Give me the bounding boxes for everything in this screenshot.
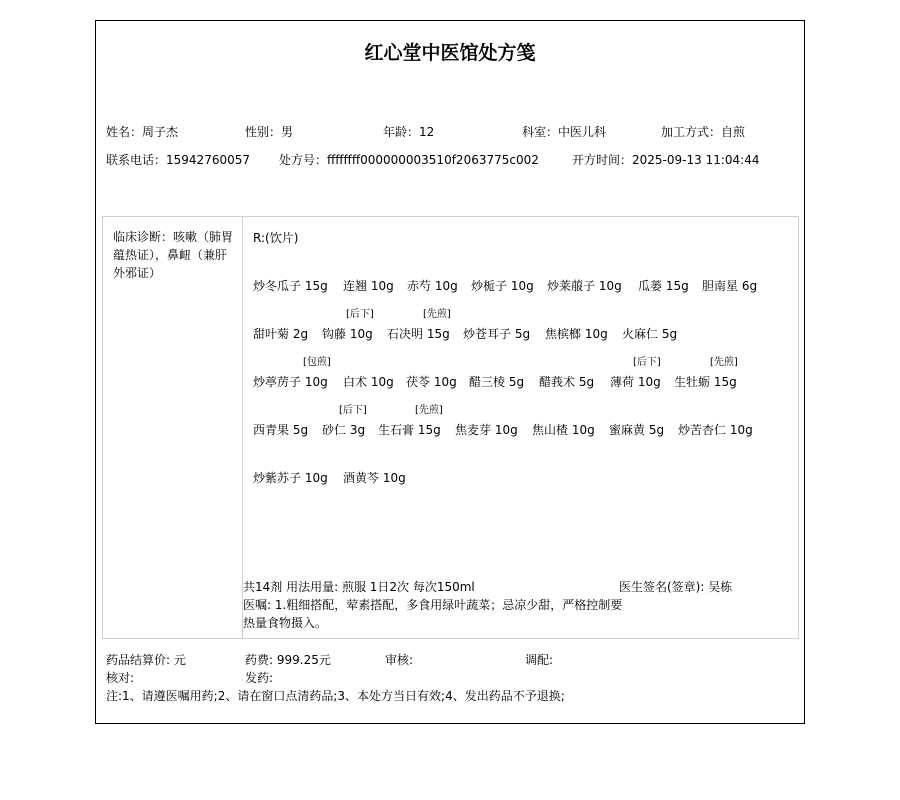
herb-item: 醋三棱 5g [469, 373, 524, 390]
herb-item: 钩藤 10g [322, 325, 373, 342]
medical-advice: 医嘱: 1.粗细搭配，荤素搭配，多食用绿叶蔬菜；忌凉少甜，严格控制要热量食物摄入… [243, 596, 623, 632]
herb-item: 焦槟榔 10g [545, 325, 608, 342]
herb-item: 醋莪术 5g [539, 373, 594, 390]
herb-dose: 10g [371, 279, 394, 293]
herb-name: 炒冬瓜子 [253, 279, 301, 293]
herb-item: 连翘 10g [343, 277, 394, 294]
rx-time: 开方时间：2025-09-13 11:04:44 [572, 151, 759, 168]
herb-name: 连翘 [343, 279, 367, 293]
rx-number-value: ffffffff000000003510f2063775c002 [327, 153, 539, 167]
herb-dose: 10g [511, 279, 534, 293]
herb-item: 生牡蛎 15g [674, 373, 737, 390]
herb-name: 甜叶菊 [253, 327, 289, 341]
herb-dose: 10g [495, 423, 518, 437]
herb-item: 瓜蒌 15g [638, 277, 689, 294]
herb-item: 甜叶菊 2g [253, 325, 308, 342]
review-field: 审核: [385, 651, 413, 668]
herb-dose: 10g [638, 375, 661, 389]
herb-name: 炒苍耳子 [463, 327, 511, 341]
patient-age: 年龄：12 [383, 123, 434, 140]
dispense-field: 调配: [525, 651, 553, 668]
herb-item: 蜜麻黄 5g [609, 421, 664, 438]
herb-item: 赤芍 10g [407, 277, 458, 294]
herb-note: [后下] [346, 305, 374, 320]
herb-dose: 5g [293, 423, 308, 437]
phone-value: 15942760057 [166, 153, 250, 167]
herb-note: [后下] [633, 353, 661, 368]
herb-dose: 15g [418, 423, 441, 437]
rx-number-label: 处方号： [279, 153, 327, 167]
herb-dose: 10g [350, 327, 373, 341]
herb-dose: 2g [293, 327, 308, 341]
prescription-body: 临床诊断：咳嗽（肺胃蕴热证），鼻衄（兼肝外邪证） R:(饮片) 炒冬瓜子 15g… [102, 216, 799, 639]
herb-note: [先煎] [415, 401, 443, 416]
herb-dose: 10g [434, 375, 457, 389]
herb-item: 胆南星 6g [702, 277, 757, 294]
herb-item: 生石膏 15g [378, 421, 441, 438]
herb-name: 火麻仁 [622, 327, 658, 341]
doctor-signature: 医生签名(签章): 吴栋 [619, 578, 732, 595]
prescription-sheet: 红心堂中医馆处方笺 姓名：周子杰 性别：男 年龄：12 科室：中医儿科 加工方式… [95, 20, 805, 724]
herb-item: 薄荷 10g [610, 373, 661, 390]
herb-item: 白术 10g [343, 373, 394, 390]
herb-name: 醋莪术 [539, 375, 575, 389]
herb-note: [先煎] [710, 353, 738, 368]
herb-dose: 15g [427, 327, 450, 341]
process-label: 加工方式： [661, 125, 721, 139]
herb-dose: 10g [730, 423, 753, 437]
settle-value: 元 [174, 653, 186, 667]
herb-item: 炒栀子 10g [471, 277, 534, 294]
herb-item: 酒黄芩 10g [343, 469, 406, 486]
herb-dose: 10g [585, 327, 608, 341]
herb-dose: 5g [509, 375, 524, 389]
column-divider [242, 217, 243, 638]
herb-note: [后下] [339, 401, 367, 416]
fee-label: 药费: [245, 653, 277, 667]
process-method: 加工方式：自煎 [661, 123, 745, 140]
fee-value: 999.25元 [277, 653, 331, 667]
age-value: 12 [419, 125, 434, 139]
herb-item: 炒紫苏子 10g [253, 469, 328, 486]
herb-dose: 5g [579, 375, 594, 389]
patient-phone: 联系电话：15942760057 [106, 151, 250, 168]
name-label: 姓名： [106, 125, 142, 139]
herb-name: 醋三棱 [469, 375, 505, 389]
herb-note: [先煎] [423, 305, 451, 320]
herb-name: 胆南星 [702, 279, 738, 293]
herb-item: 炒莱菔子 10g [547, 277, 622, 294]
herb-name: 焦槟榔 [545, 327, 581, 341]
herb-name: 钩藤 [322, 327, 346, 341]
herb-name: 白术 [343, 375, 367, 389]
doctor-sign-label: 医生签名(签章): [619, 580, 708, 594]
herb-item: 炒苍耳子 5g [463, 325, 530, 342]
herb-item: 焦麦芽 10g [455, 421, 518, 438]
herb-name: 蜜麻黄 [609, 423, 645, 437]
herb-name: 瓜蒌 [638, 279, 662, 293]
herb-dose: 10g [435, 279, 458, 293]
settle-price: 药品结算价: 元 [106, 651, 186, 668]
herb-name: 西青果 [253, 423, 289, 437]
rx-header: R:(饮片) [253, 229, 298, 246]
dept-label: 科室： [522, 125, 558, 139]
rx-time-value: 2025-09-13 11:04:44 [632, 153, 759, 167]
settle-label: 药品结算价: [106, 653, 174, 667]
herb-item: 焦山楂 10g [532, 421, 595, 438]
doctor-sign-value: 吴栋 [708, 580, 732, 594]
herb-name: 炒栀子 [471, 279, 507, 293]
herb-dose: 6g [742, 279, 757, 293]
issue-field: 发药: [245, 669, 273, 686]
herb-item: 炒葶苈子 10g [253, 373, 328, 390]
herb-dose: 10g [599, 279, 622, 293]
herb-item: 西青果 5g [253, 421, 308, 438]
herb-name: 酒黄芩 [343, 471, 379, 485]
herb-dose: 5g [662, 327, 677, 341]
herb-name: 砂仁 [322, 423, 346, 437]
footer-notes: 注:1、请遵医嘱用药;2、请在窗口点清药品;3、本处方当日有效;4、发出药品不予… [106, 687, 565, 704]
herb-dose: 5g [649, 423, 664, 437]
process-value: 自煎 [721, 125, 745, 139]
check-field: 核对: [106, 669, 134, 686]
page-title: 红心堂中医馆处方笺 [96, 38, 804, 65]
herb-name: 炒苦杏仁 [678, 423, 726, 437]
patient-dept: 科室：中医儿科 [522, 123, 606, 140]
herb-dose: 10g [371, 375, 394, 389]
rx-number: 处方号：ffffffff000000003510f2063775c002 [279, 151, 539, 168]
drug-fee: 药费: 999.25元 [245, 651, 331, 668]
clinical-diagnosis: 临床诊断：咳嗽（肺胃蕴热证），鼻衄（兼肝外邪证） [113, 228, 235, 282]
name-value: 周子杰 [142, 125, 178, 139]
herb-name: 薄荷 [610, 375, 634, 389]
patient-gender: 性别：男 [245, 123, 293, 140]
dept-value: 中医儿科 [558, 125, 606, 139]
herb-item: 炒苦杏仁 10g [678, 421, 753, 438]
herb-dose: 10g [572, 423, 595, 437]
herb-name: 炒葶苈子 [253, 375, 301, 389]
herb-dose: 5g [515, 327, 530, 341]
herb-dose: 10g [305, 375, 328, 389]
herb-name: 焦麦芽 [455, 423, 491, 437]
herb-name: 炒紫苏子 [253, 471, 301, 485]
usage-dosage: 共14剂 用法用量: 煎服 1日2次 每次150ml [243, 578, 475, 596]
advice-label: 医嘱: [243, 598, 275, 612]
herb-name: 石决明 [387, 327, 423, 341]
herb-name: 焦山楂 [532, 423, 568, 437]
herb-note: [包煎] [303, 353, 331, 368]
age-label: 年龄： [383, 125, 419, 139]
herb-dose: 3g [350, 423, 365, 437]
herb-item: 砂仁 3g [322, 421, 365, 438]
advice-text: 1.粗细搭配，荤素搭配，多食用绿叶蔬菜；忌凉少甜，严格控制要热量食物摄入。 [243, 598, 622, 630]
herb-dose: 15g [714, 375, 737, 389]
patient-name: 姓名：周子杰 [106, 123, 178, 140]
rx-time-label: 开方时间： [572, 153, 632, 167]
herb-name: 茯苓 [406, 375, 430, 389]
herb-item: 炒冬瓜子 15g [253, 277, 328, 294]
gender-label: 性别： [245, 125, 281, 139]
herb-item: 石决明 15g [387, 325, 450, 342]
herb-name: 生牡蛎 [674, 375, 710, 389]
herb-name: 炒莱菔子 [547, 279, 595, 293]
phone-label: 联系电话： [106, 153, 166, 167]
herb-item: 火麻仁 5g [622, 325, 677, 342]
diagnosis-label: 临床诊断： [113, 230, 173, 244]
herb-dose: 15g [666, 279, 689, 293]
gender-value: 男 [281, 125, 293, 139]
herb-item: 茯苓 10g [406, 373, 457, 390]
herb-name: 生石膏 [378, 423, 414, 437]
herb-dose: 10g [305, 471, 328, 485]
herb-name: 赤芍 [407, 279, 431, 293]
herb-dose: 15g [305, 279, 328, 293]
herb-dose: 10g [383, 471, 406, 485]
